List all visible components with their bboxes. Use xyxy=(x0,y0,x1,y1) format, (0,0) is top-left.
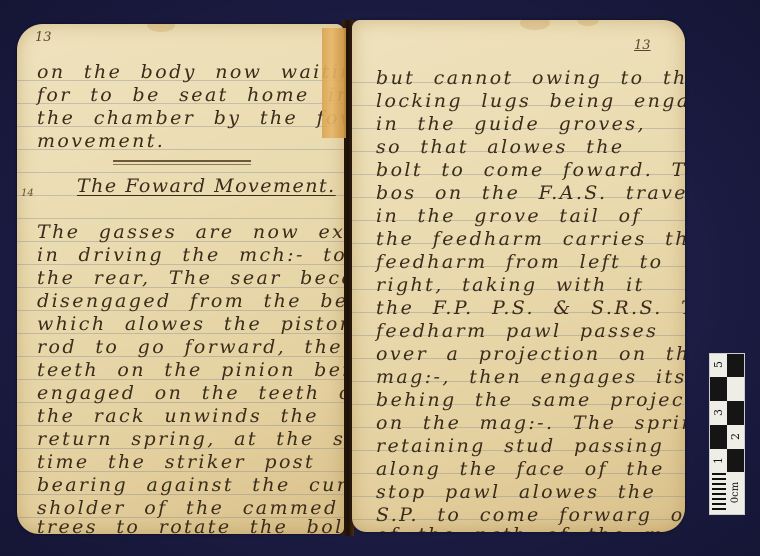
handwritten-line: feedharm from left to xyxy=(376,250,675,274)
handwritten-line: of the path of the mag: xyxy=(376,523,675,532)
handwritten-line: on the mag:-. The spring xyxy=(376,411,675,435)
scale-label: 3 xyxy=(712,404,725,421)
handwritten-line: mag:-, then engages itself xyxy=(376,365,675,389)
handwritten-line: on the body now waiting xyxy=(37,60,334,84)
handwritten-line: the rear, The sear becomes xyxy=(37,266,334,290)
handwritten-line: behing the same projection xyxy=(376,388,675,412)
handwritten-line: but cannot owing to the xyxy=(376,66,675,90)
handwritten-line: teeth on the pinion being xyxy=(37,358,334,382)
scale-millimetre-ticks xyxy=(712,472,726,510)
handwritten-line: in the guide groves, xyxy=(376,112,675,136)
scale-label: 4 xyxy=(729,380,742,397)
handwritten-line: the feedharm carries the xyxy=(376,227,675,251)
handwritten-line: the rack unwinds the xyxy=(37,404,334,428)
scale-unit-label: 0cm xyxy=(727,474,744,510)
right-page: 13 but cannot owing to the locking lugs … xyxy=(352,20,685,532)
handwritten-line: over a projection on the xyxy=(376,342,675,366)
scale-label: 5 xyxy=(712,356,725,373)
handwritten-line: movement. xyxy=(37,129,334,153)
handwritten-line: for to be seat home in xyxy=(37,83,334,107)
handwritten-line: which alowes the piston xyxy=(37,312,334,336)
handwritten-line: bos on the F.A.S. traveling xyxy=(376,181,675,205)
handwritten-line: engaged on the teeth on xyxy=(37,381,334,405)
handwritten-line: along the face of the xyxy=(376,457,675,481)
handwritten-line: trees to rotate the bolt, xyxy=(37,515,334,534)
handwritten-line: in the grove tail of xyxy=(376,204,675,228)
section-heading: The Foward Movement. xyxy=(77,175,336,197)
scale-label: 2 xyxy=(729,428,742,445)
margin-note: 14 xyxy=(21,188,34,199)
handwritten-line: The gasses are now exhausted xyxy=(37,220,334,244)
handwritten-line: in driving the mch:- to xyxy=(37,243,334,267)
handwritten-line: rod to go forward, the xyxy=(37,335,334,359)
scale-label: 1 xyxy=(712,452,725,469)
handwritten-line: right, taking with it xyxy=(376,273,675,297)
page-number: 13 xyxy=(35,30,52,45)
centimetre-scale-bar: 5 4 3 2 1 0cm xyxy=(709,353,745,515)
handwritten-line: return spring, at the same xyxy=(37,427,334,451)
handwritten-line: time the striker post xyxy=(37,450,334,474)
page-number: 13 xyxy=(634,38,651,53)
handwritten-line: feedharm pawl passes xyxy=(376,319,675,343)
handwritten-line: bolt to come foward. The xyxy=(376,158,675,182)
handwritten-line: locking lugs being engaged xyxy=(376,89,675,113)
section-divider xyxy=(113,160,251,162)
handwritten-line: so that alowes the xyxy=(376,135,675,159)
handwritten-line: stop pawl alowes the xyxy=(376,480,675,504)
handwritten-line: retaining stud passing xyxy=(376,434,675,458)
section-divider xyxy=(113,164,251,165)
handwritten-line: the F.P. P.S. & S.R.S. The xyxy=(376,296,675,320)
left-page: 13 on the body now waiting for to be sea… xyxy=(17,24,344,534)
handwritten-line: the chamber by the fowarg xyxy=(37,106,334,130)
handwritten-line: disengaged from the bent xyxy=(37,289,334,313)
repair-tape xyxy=(322,28,346,138)
handwritten-line: bearing against the curveg xyxy=(37,473,334,497)
